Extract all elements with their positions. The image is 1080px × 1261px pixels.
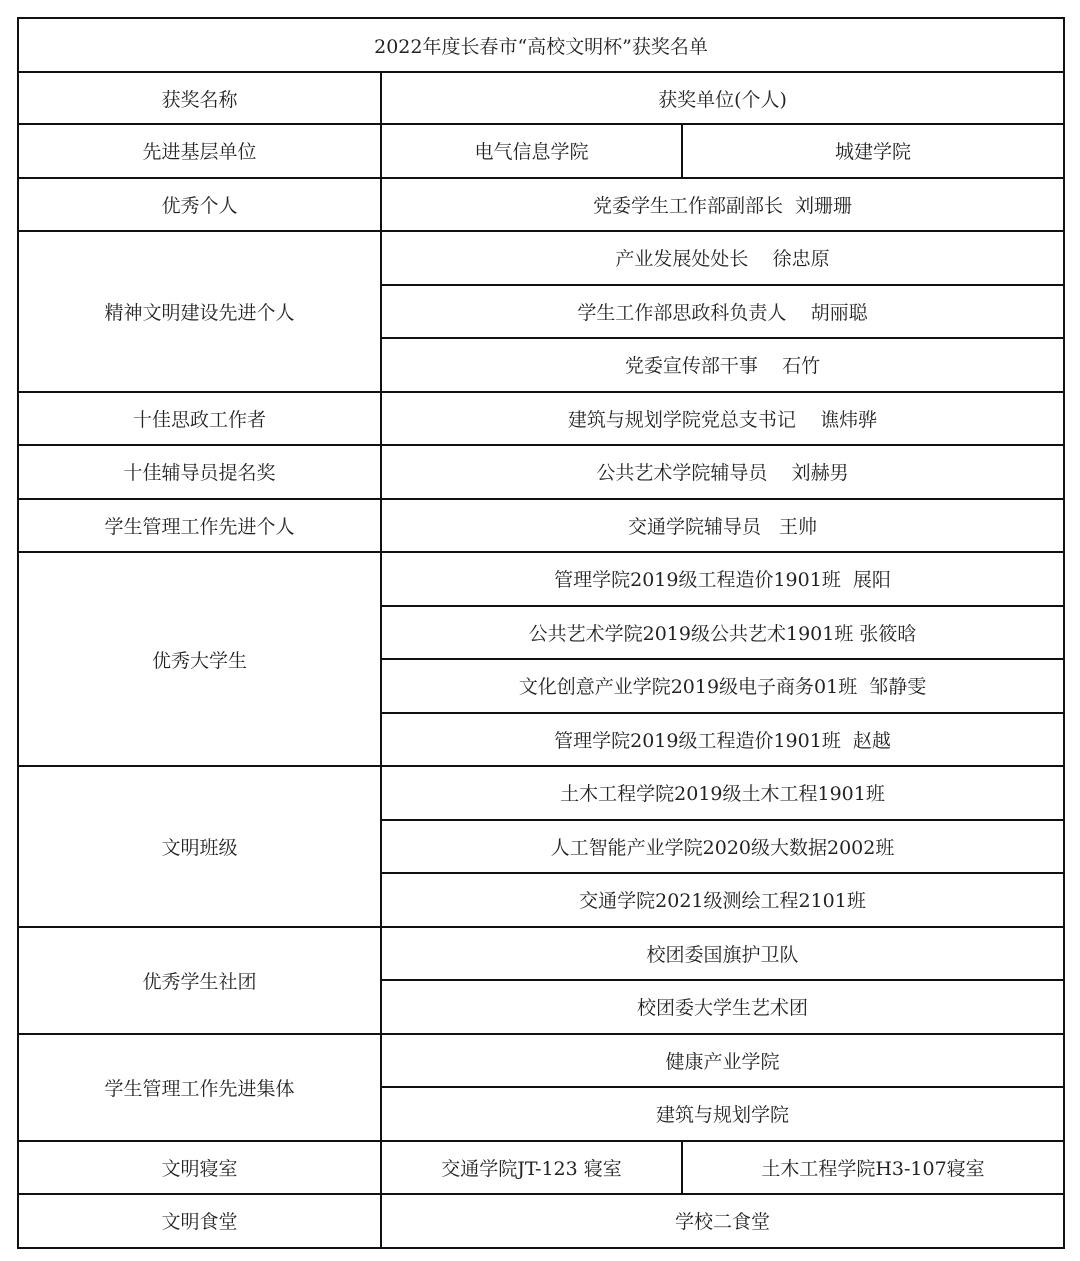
recipient-cell: 土木工程学院2019级土木工程1901班 [381, 766, 1064, 820]
table-row: 十佳思政工作者建筑与规划学院党总支书记 谯炜骅 [18, 392, 1064, 446]
award-name: 优秀大学生 [18, 552, 381, 766]
recipient-cell: 公共艺术学院辅导员 刘赫男 [381, 445, 1064, 499]
award-name: 十佳辅导员提名奖 [18, 445, 381, 499]
table-row: 优秀大学生管理学院2019级工程造价1901班 展阳 [18, 552, 1064, 606]
recipient-cell: 电气信息学院 [381, 124, 682, 178]
table-row: 优秀学生社团校团委国旗护卫队 [18, 927, 1064, 981]
table-row: 先进基层单位电气信息学院城建学院 [18, 124, 1064, 178]
table-row: 学生管理工作先进个人交通学院辅导员 王帅 [18, 499, 1064, 553]
award-name: 文明食堂 [18, 1194, 381, 1248]
award-name: 十佳思政工作者 [18, 392, 381, 446]
recipient-cell: 城建学院 [682, 124, 1064, 178]
table-row: 文明食堂学校二食堂 [18, 1194, 1064, 1248]
recipient-cell: 校团委大学生艺术团 [381, 980, 1064, 1034]
award-name: 先进基层单位 [18, 124, 381, 178]
recipient-cell: 管理学院2019级工程造价1901班 展阳 [381, 552, 1064, 606]
award-name: 学生管理工作先进集体 [18, 1034, 381, 1141]
award-name: 学生管理工作先进个人 [18, 499, 381, 553]
award-name: 精神文明建设先进个人 [18, 231, 381, 392]
recipient-cell: 公共艺术学院2019级公共艺术1901班 张筱晗 [381, 606, 1064, 660]
award-name: 文明寝室 [18, 1141, 381, 1195]
recipient-cell: 建筑与规划学院党总支书记 谯炜骅 [381, 392, 1064, 446]
recipient-cell: 文化创意产业学院2019级电子商务01班 邹静雯 [381, 659, 1064, 713]
recipient-cell: 人工智能产业学院2020级大数据2002班 [381, 820, 1064, 874]
recipient-cell: 建筑与规划学院 [381, 1087, 1064, 1141]
header-award: 获奖名称 [18, 72, 381, 124]
recipient-cell: 健康产业学院 [381, 1034, 1064, 1088]
awards-table: 2022年度长春市“高校文明杯”获奖名单 获奖名称 获奖单位(个人) 先进基层单… [17, 17, 1065, 1249]
recipient-cell: 学校二食堂 [381, 1194, 1064, 1248]
header-recipient: 获奖单位(个人) [381, 72, 1064, 124]
recipient-cell: 党委宣传部干事 石竹 [381, 338, 1064, 392]
table-row: 优秀个人党委学生工作部副部长 刘珊珊 [18, 178, 1064, 232]
table-row: 文明班级土木工程学院2019级土木工程1901班 [18, 766, 1064, 820]
recipient-cell: 交通学院辅导员 王帅 [381, 499, 1064, 553]
recipient-cell: 产业发展处处长 徐忠原 [381, 231, 1064, 285]
recipient-cell: 党委学生工作部副部长 刘珊珊 [381, 178, 1064, 232]
recipient-cell: 土木工程学院H3-107寝室 [682, 1141, 1064, 1195]
recipient-cell: 交通学院JT-123 寝室 [381, 1141, 682, 1195]
award-name: 优秀学生社团 [18, 927, 381, 1034]
table-row: 十佳辅导员提名奖公共艺术学院辅导员 刘赫男 [18, 445, 1064, 499]
recipient-cell: 管理学院2019级工程造价1901班 赵越 [381, 713, 1064, 767]
award-name: 优秀个人 [18, 178, 381, 232]
table-row: 学生管理工作先进集体健康产业学院 [18, 1034, 1064, 1088]
award-name: 文明班级 [18, 766, 381, 927]
recipient-cell: 交通学院2021级测绘工程2101班 [381, 873, 1064, 927]
title-row: 2022年度长春市“高校文明杯”获奖名单 [18, 18, 1064, 72]
table-row: 精神文明建设先进个人产业发展处处长 徐忠原 [18, 231, 1064, 285]
header-row: 获奖名称 获奖单位(个人) [18, 72, 1064, 124]
recipient-cell: 校团委国旗护卫队 [381, 927, 1064, 981]
recipient-cell: 学生工作部思政科负责人 胡丽聪 [381, 285, 1064, 339]
table-row: 文明寝室交通学院JT-123 寝室土木工程学院H3-107寝室 [18, 1141, 1064, 1195]
table-title: 2022年度长春市“高校文明杯”获奖名单 [18, 18, 1064, 72]
